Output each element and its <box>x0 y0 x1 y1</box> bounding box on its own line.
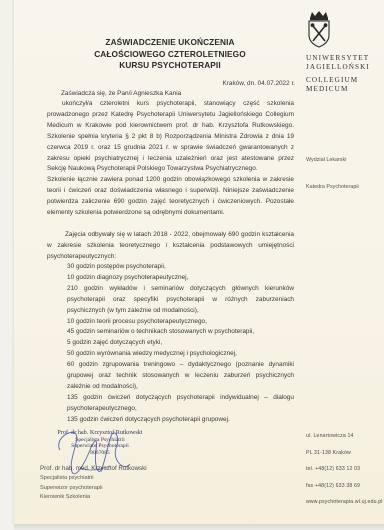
signatory-name: Prof. dr hab. med. Krzysztof Rutkowski <box>40 464 147 474</box>
list-item: 10 godzin teorii procesu psychoterapeuty… <box>67 317 294 328</box>
phone: tel. +48(12) 633 12 03 <box>306 466 360 472</box>
paragraph-course-scope: Zajęcia odbywały się w latach 2018 - 202… <box>47 230 294 263</box>
website: www.psychoterapia.wl.uj.edu.pl <box>306 499 383 505</box>
paragraph-course-description: ukończył/a czteroletni kurs psychoterapi… <box>47 99 294 219</box>
signatory-role: Specjalista psychiatrii <box>40 474 147 484</box>
department-label: Katedra Psychoterapii <box>306 184 359 190</box>
address-street: ul. Lenartowicza 14 <box>306 433 354 439</box>
hours-list: 30 godzin postępów psychoterapii, 10 god… <box>67 262 294 426</box>
university-name: UNIWERSYTET JAGIELLOŃSKI <box>306 54 384 72</box>
fax: fax +48(12) 633 38 69 <box>306 483 360 489</box>
list-item: 10 godzin diagnozy psychoterapeutycznej, <box>67 273 294 284</box>
list-item: 135 godzin ćwiczeń dotyczących psychoter… <box>67 393 294 415</box>
certificate-title: ZAŚWIADCZENIE UKOŃCZENIA CAŁOŚCIOWEGO CZ… <box>60 37 280 72</box>
signatory-block: Prof. dr hab. med. Krzysztof Rutkowski S… <box>40 464 147 503</box>
title-line: KURSU PSYCHOTERAPII <box>60 60 280 72</box>
address-city: PL 31-138 Kraków <box>306 450 351 456</box>
university-logo: UNIWERSYTET JAGIELLOŃSKI COLLEGIUM MEDIC… <box>300 10 384 94</box>
list-item: 30 godzin postępów psychoterapii, <box>67 262 294 273</box>
list-item: 50 godzin wyrównania wiedzy medycznej i … <box>67 349 294 360</box>
issue-date: Kraków, dn. 04.07.2022 r. <box>215 80 295 87</box>
list-item: 60 godzin zgrupowania treningowo – dydak… <box>67 360 294 393</box>
faculty-label: Wydział Lekarski <box>306 157 346 163</box>
paragraph-total-hours: Szkolenie łącznie zawiera ponad 1200 god… <box>47 175 294 219</box>
signatory-role: Kierownik Szkolenia <box>40 493 147 503</box>
college-name: COLLEGIUM MEDICUM <box>306 76 384 94</box>
title-line: CAŁOŚCIOWEGO CZTEROLETNIEGO <box>60 49 280 61</box>
crest-icon <box>306 10 332 48</box>
list-item: 210 godzin wykładów i seminariów dotyczą… <box>67 284 294 317</box>
signatory-role: Superwizor psychoterapii <box>40 484 147 494</box>
list-item: 5 godzin zajęć dotyczących etyki, <box>67 338 294 349</box>
page-bottom-edge <box>14 524 384 530</box>
title-line: ZAŚWIADCZENIE UKOŃCZENIA <box>60 37 280 49</box>
list-item: 45 godzin seminariów o technikach stosow… <box>67 327 294 338</box>
